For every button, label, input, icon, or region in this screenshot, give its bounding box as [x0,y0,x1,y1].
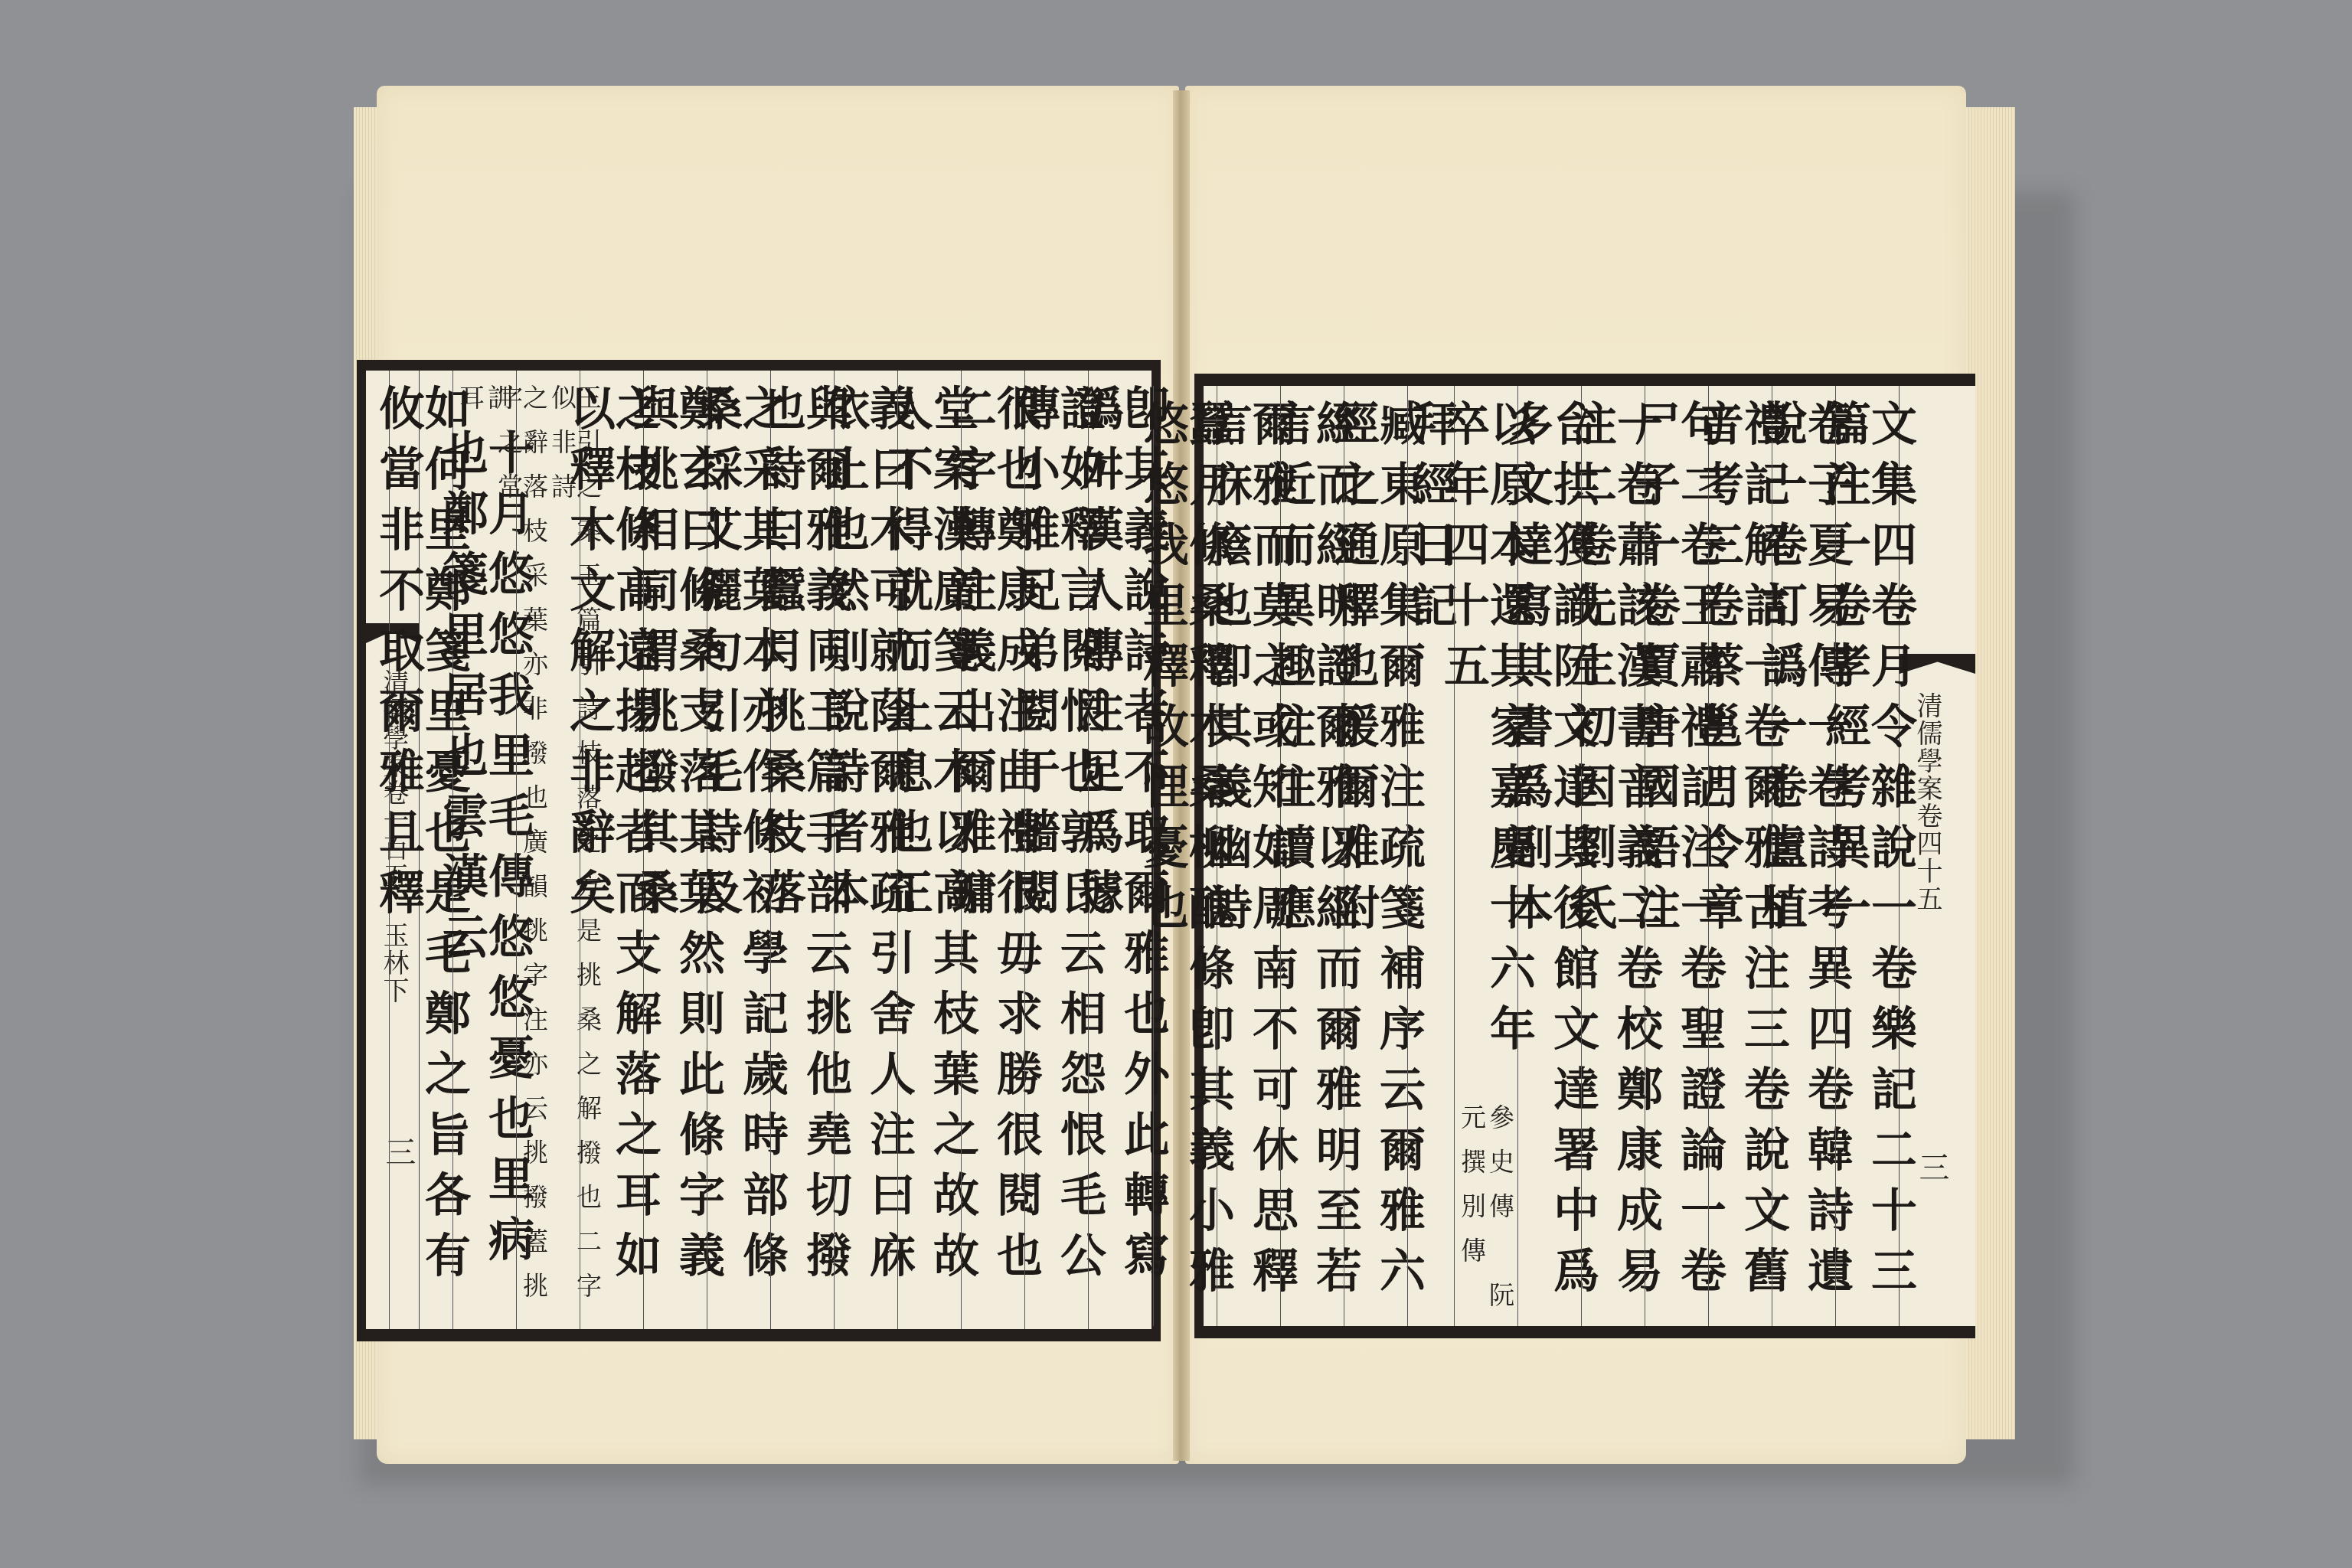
right-columns: 文集四卷月令雜說一卷樂記二十三篇注一卷孝經考異一 卷子夏易傳一卷詩考異四卷韓詩遺… [1204,386,1899,1326]
annotation-line: 之辭落枝采葉亦非撥也廣韻挑字注亦云挑撥蓋挑字之常 [496,384,547,1329]
annotation-line: 元撰別傳 [1459,1104,1485,1326]
text-column: 臧東原集爾雅注疏箋補序云爾雅六經之通釋也援爾雅附 [1344,386,1407,1326]
annotation-line: 耳 [458,384,483,429]
text-column: 文集四卷月令雜說一卷樂記二十三篇注一卷孝經考異一 [1835,386,1899,1326]
left-columns: 卽其義說詩者不取爾雅也外此轉寫譌舛漢人傳注足爲據 證如釋言閱恨也郭氏云相怨恨毛公… [420,371,1151,1329]
right-text-frame: 清儒學案卷四十五 三 文集四卷月令雜說一卷樂記二十三篇注一卷孝經考異一 卷子夏易… [1194,374,1975,1338]
left-text-frame: 清儒學案卷一百五 玉林下 三 卽其義說詩者不取爾雅也外此轉寫譌舛漢人傳注足爲據 … [357,360,1161,1341]
